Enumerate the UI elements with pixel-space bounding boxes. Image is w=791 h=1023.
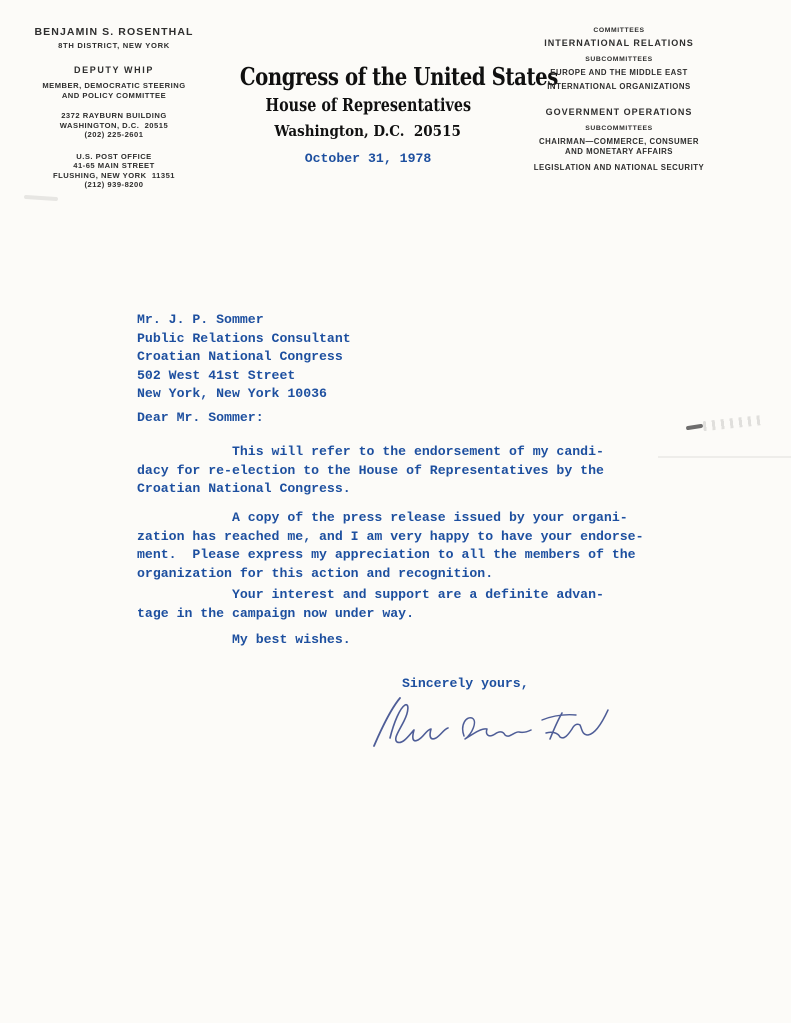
pencil-smudge-trail xyxy=(703,415,766,431)
recipient-address-block: Mr. J. P. Sommer Public Relations Consul… xyxy=(137,311,351,404)
dc-office-city: WASHINGTON, D.C. 20515 xyxy=(18,121,210,131)
body-paragraph-1: This will refer to the endorsement of my… xyxy=(137,443,604,499)
committees-label: COMMITTEES xyxy=(526,27,712,34)
signature-autograph xyxy=(360,692,612,752)
subcommittee-europe-middle-east: EUROPE AND THE MIDDLE EAST xyxy=(526,68,712,78)
body-paragraph-4: My best wishes. xyxy=(137,631,351,650)
sender-name: BENJAMIN S. ROSENTHAL xyxy=(18,26,210,38)
ny-office-street: 41-65 MAIN STREET xyxy=(18,161,210,171)
letterhead-congress-block: Congress of the United States House of R… xyxy=(205,62,531,166)
subcommittee-chairman-commerce-line1: CHAIRMAN—COMMERCE, CONSUMER xyxy=(526,137,712,147)
house-title: House of Representatives xyxy=(265,96,470,116)
sender-district: 8TH DISTRICT, NEW YORK xyxy=(18,41,210,50)
ny-office-city: FLUSHING, NEW YORK 11351 xyxy=(18,171,210,181)
body-paragraph-2: A copy of the press release issued by yo… xyxy=(137,509,643,583)
subcommittee-legislation-national-security: LEGISLATION AND NATIONAL SECURITY xyxy=(526,163,712,173)
congress-title: Congress of the United States xyxy=(240,62,558,91)
dc-office-building: 2372 RAYBURN BUILDING xyxy=(18,111,210,121)
committee-government-operations: GOVERNMENT OPERATIONS xyxy=(526,107,712,117)
letterhead-sender-block: BENJAMIN S. ROSENTHAL 8TH DISTRICT, NEW … xyxy=(18,26,210,190)
scanned-letter-page: BENJAMIN S. ROSENTHAL 8TH DISTRICT, NEW … xyxy=(0,0,791,1023)
committee-international-relations: INTERNATIONAL RELATIONS xyxy=(526,38,712,48)
subcommittee-chairman-commerce-line2: AND MONETARY AFFAIRS xyxy=(526,147,712,157)
subcommittees-label-1: SUBCOMMITTEES xyxy=(526,56,712,63)
dc-office-phone: (202) 225-2601 xyxy=(18,130,210,140)
faint-scan-line xyxy=(658,456,791,458)
closing-line: Sincerely yours, xyxy=(402,675,529,694)
ny-office-name: U.S. POST OFFICE xyxy=(18,152,210,162)
ny-office-phone: (212) 939-8200 xyxy=(18,180,210,190)
sender-member-line2: AND POLICY COMMITTEE xyxy=(18,91,210,101)
pencil-smudge-mark xyxy=(686,424,703,431)
body-paragraph-3: Your interest and support are a definite… xyxy=(137,586,604,623)
sender-member-line1: MEMBER, DEMOCRATIC STEERING xyxy=(18,81,210,91)
washington-dc-line: Washington, D.C. 20515 xyxy=(275,122,461,140)
salutation: Dear Mr. Sommer: xyxy=(137,409,264,428)
left-margin-smudge xyxy=(24,195,58,201)
letter-date: October 31, 1978 xyxy=(205,151,531,166)
sender-whip-title: DEPUTY WHIP xyxy=(18,65,210,75)
subcommittee-international-organizations: INTERNATIONAL ORGANIZATIONS xyxy=(526,82,712,92)
letterhead-committees-block: COMMITTEES INTERNATIONAL RELATIONS SUBCO… xyxy=(526,27,712,173)
subcommittees-label-2: SUBCOMMITTEES xyxy=(526,125,712,132)
